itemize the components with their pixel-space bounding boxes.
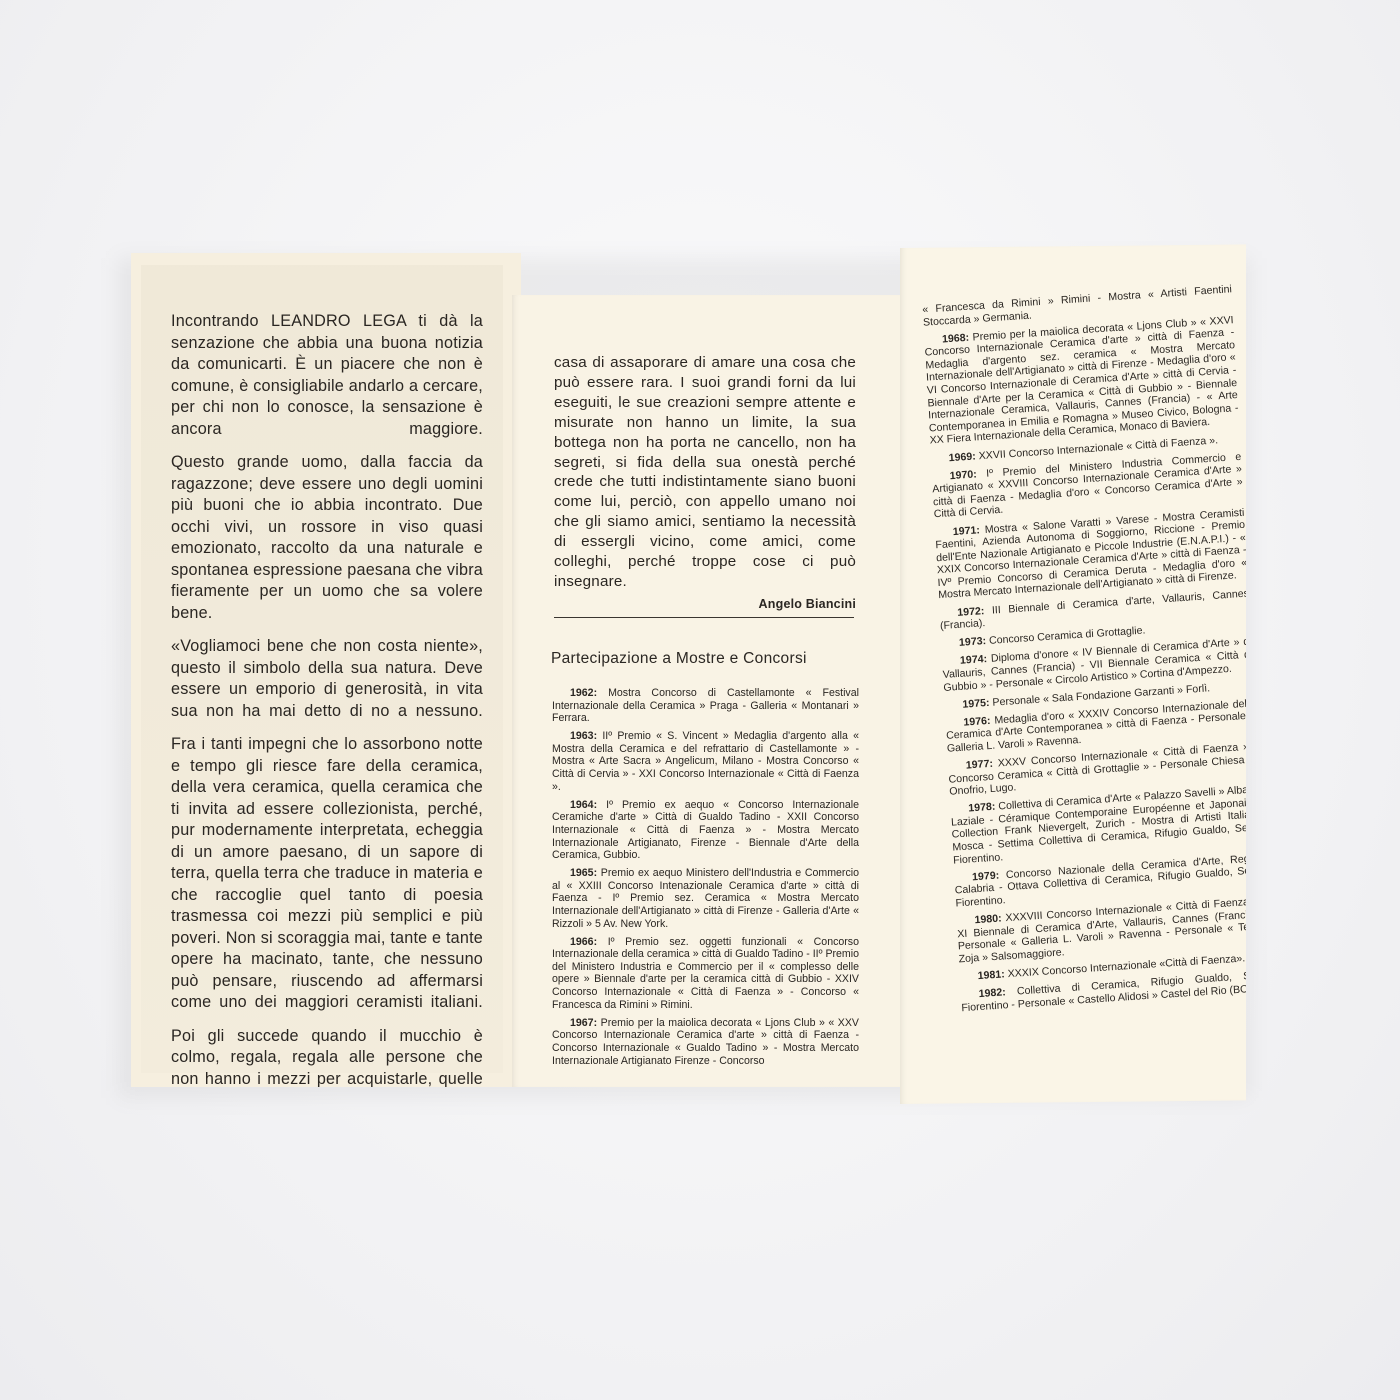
entry-year: 1973: xyxy=(959,635,987,649)
entry-year: 1974: xyxy=(960,653,988,667)
entry-text: Iº Premio sez. oggetti funzionali « Conc… xyxy=(552,936,859,1011)
entry-year: 1968: xyxy=(942,331,970,345)
entry-year: 1966: xyxy=(570,936,597,948)
brochure-middle-panel: casa di assaporare di amare una cosa che… xyxy=(512,295,908,1087)
entry-year: 1965: xyxy=(570,867,597,879)
entry-text: Collettiva di Ceramica d'Arte « Palazzo … xyxy=(951,783,1246,866)
entry-year: 1962: xyxy=(570,687,597,699)
entry-year: 1979: xyxy=(972,869,1000,883)
entry-year: 1967: xyxy=(570,1017,597,1029)
entry-year: 1982: xyxy=(978,986,1006,1000)
entry-text: Mostra « Salone Varatti » Varese - Mostr… xyxy=(935,506,1246,601)
brochure-left-panel: Incontrando LEANDRO LEGA ti dà la senzaz… xyxy=(131,253,521,1087)
entry-year: 1977: xyxy=(966,758,994,772)
entry-year: 1975: xyxy=(962,697,990,711)
entry-year: 1970: xyxy=(949,468,977,482)
entry-year: 1978: xyxy=(968,801,996,815)
divider xyxy=(554,617,854,618)
author-signature: Angelo Biancini xyxy=(554,595,856,615)
paragraph: Incontrando LEANDRO LEGA ti dà la senzaz… xyxy=(171,311,483,440)
list-item: 1978: Collettiva di Ceramica d'Arte « Pa… xyxy=(950,783,1246,866)
paragraph: Poi gli succede quando il mucchio è colm… xyxy=(171,1026,483,1088)
entry-text: Iº Premio ex aequo « Concorso Internazio… xyxy=(552,799,859,861)
entry-text: Premio per la maiolica decorata « Ljons … xyxy=(924,314,1238,447)
exhibitions-list: 1962: Mostra Concorso di Castellamonte «… xyxy=(552,687,859,1073)
list-item: 1971: Mostra « Salone Varatti » Varese -… xyxy=(934,506,1246,602)
list-item: 1968: Premio per la maiolica decorata « … xyxy=(924,314,1240,448)
intro-text: Incontrando LEANDRO LEGA ti dà la senzaz… xyxy=(171,311,483,1087)
entry-text: Mostra Concorso di Castellamonte « Festi… xyxy=(552,687,859,724)
continued-text: casa di assaporare di amare una cosa che… xyxy=(554,353,856,615)
entry-year: 1980: xyxy=(974,912,1002,926)
entry-year: 1981: xyxy=(977,968,1005,982)
list-item: 1963: IIº Premio « S. Vincent » Medaglia… xyxy=(552,730,859,793)
brochure-right-panel: « Francesca da Rimini » Rimini - Mostra … xyxy=(900,244,1246,1104)
paragraph: Questo grande uomo, dalla faccia da raga… xyxy=(171,452,483,624)
entry-year: 1963: xyxy=(570,730,597,742)
paragraph: Fra i tanti impegni che lo assorbono not… xyxy=(171,734,483,1014)
list-item: 1962: Mostra Concorso di Castellamonte «… xyxy=(552,687,859,725)
entry-year: 1969: xyxy=(948,450,976,464)
exhibitions-list-continued: « Francesca da Rimini » Rimini - Mostra … xyxy=(922,283,1246,1020)
list-item: 1966: Iº Premio sez. oggetti funzionali … xyxy=(552,936,859,1012)
list-item: 1965: Premio ex aequo Ministero dell'Ind… xyxy=(552,867,859,930)
entry-year: 1964: xyxy=(570,799,597,811)
entry-year: 1971: xyxy=(952,524,980,538)
entry-text: IIº Premio « S. Vincent » Medaglia d'arg… xyxy=(552,730,859,792)
entry-text: Premio per la maiolica decorata « Ljons … xyxy=(552,1017,859,1067)
entry-year: 1976: xyxy=(963,715,991,729)
paragraph: casa di assaporare di amare una cosa che… xyxy=(554,353,856,592)
entry-year: 1972: xyxy=(957,605,985,619)
list-item: 1964: Iº Premio ex aequo « Concorso Inte… xyxy=(552,799,859,862)
section-title: Partecipazione a Mostre e Concorsi xyxy=(551,650,807,668)
entry-text: Premio ex aequo Ministero dell'Industria… xyxy=(552,867,859,929)
paragraph: «Vogliamoci bene che non costa niente», … xyxy=(171,636,483,722)
list-item: 1967: Premio per la maiolica decorata « … xyxy=(552,1017,859,1067)
